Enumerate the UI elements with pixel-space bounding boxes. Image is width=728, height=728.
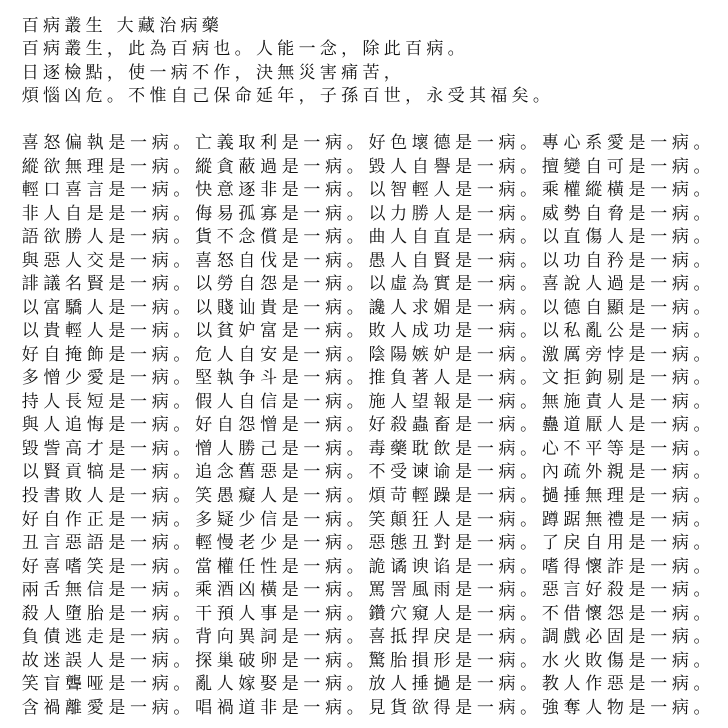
disease-row: 喜怒偏執是一病。 亡義取利是一病。 好色壞德是一病。 專心系愛是一病。: [22, 132, 716, 156]
disease-entry: 干預人事是一病。: [195, 603, 368, 627]
disease-row: 以富驕人是一病。 以賤讪貴是一病。 讒人求媚是一病。 以德自顯是一病。: [22, 297, 716, 321]
disease-entry: 以貴輕人是一病。: [22, 320, 195, 344]
disease-row: 誹議名賢是一病。 以勞自怨是一病。 以虛為實是一病。 喜說人過是一病。: [22, 273, 716, 297]
document-header: 百病叢生 大藏治病藥 百病叢生，此為百病也。人能一念，除此百病。 日逐檢點，使一…: [22, 15, 555, 108]
disease-entry: 蹲踞無禮是一病。: [542, 509, 715, 533]
disease-entry: 快意逐非是一病。: [195, 179, 368, 203]
disease-row: 非人自是是一病。 侮易孤寡是一病。 以力勝人是一病。 威勢自脅是一病。: [22, 203, 716, 227]
disease-entry: 撾捶無理是一病。: [542, 485, 715, 509]
disease-entry: 好色壞德是一病。: [368, 132, 541, 156]
disease-entry: 堅執争斗是一病。: [195, 367, 368, 391]
disease-entry: 放人捶撾是一病。: [368, 673, 541, 697]
disease-entry: 當權任性是一病。: [195, 556, 368, 580]
disease-entry: 專心系愛是一病。: [542, 132, 715, 156]
disease-entry: 水火敗傷是一病。: [542, 650, 715, 674]
disease-entry: 背向異詞是一病。: [195, 626, 368, 650]
disease-entry: 鑽穴窺人是一病。: [368, 603, 541, 627]
disease-entry: 與人追悔是一病。: [22, 414, 195, 438]
disease-entry: 喜怒自伐是一病。: [195, 250, 368, 274]
disease-entry: 丑言惡語是一病。: [22, 532, 195, 556]
disease-entry: 擅變自可是一病。: [542, 156, 715, 180]
disease-entry: 敗人成功是一病。: [368, 320, 541, 344]
disease-row: 好喜嗜笑是一病。 當權任性是一病。 詭谲谀谄是一病。 嗜得懷詐是一病。: [22, 556, 716, 580]
disease-entry: 以力勝人是一病。: [368, 203, 541, 227]
disease-entry: 好自怨憎是一病。: [195, 414, 368, 438]
intro-line: 百病叢生，此為百病也。人能一念，除此百病。: [22, 38, 555, 61]
disease-entry: 乘權縱橫是一病。: [542, 179, 715, 203]
disease-entry: 以虛為實是一病。: [368, 273, 541, 297]
disease-entry: 侮易孤寡是一病。: [195, 203, 368, 227]
disease-entry: 輕口喜言是一病。: [22, 179, 195, 203]
disease-entry: 文拒鉤剔是一病。: [542, 367, 715, 391]
disease-entry: 危人自安是一病。: [195, 344, 368, 368]
disease-entry: 詭谲谀谄是一病。: [368, 556, 541, 580]
disease-entry: 內疏外親是一病。: [542, 461, 715, 485]
disease-row: 殺人墮胎是一病。 干預人事是一病。 鑽穴窺人是一病。 不借懷怨是一病。: [22, 603, 716, 627]
disease-entry: 好自掩飾是一病。: [22, 344, 195, 368]
disease-row: 輕口喜言是一病。 快意逐非是一病。 以智輕人是一病。 乘權縱橫是一病。: [22, 179, 716, 203]
disease-entry: 驚胎損形是一病。: [368, 650, 541, 674]
disease-entry: 喜說人過是一病。: [542, 273, 715, 297]
intro-line: 煩惱凶危。不惟自己保命延年，子孫百世，永受其福矣。: [22, 85, 555, 108]
disease-entry: 激厲旁悖是一病。: [542, 344, 715, 368]
disease-entry: 毒藥耽飲是一病。: [368, 438, 541, 462]
disease-entry: 煩苛輕躁是一病。: [368, 485, 541, 509]
disease-entry: 罵詈風雨是一病。: [368, 579, 541, 603]
disease-entry: 以貧妒富是一病。: [195, 320, 368, 344]
disease-entry: 假人自信是一病。: [195, 391, 368, 415]
disease-row: 笑盲聾哑是一病。 亂人嫁娶是一病。 放人捶撾是一病。 教人作惡是一病。: [22, 673, 716, 697]
disease-row: 以賢貢犒是一病。 追念舊惡是一病。 不受谏谕是一病。 內疏外親是一病。: [22, 461, 716, 485]
disease-entry: 以富驕人是一病。: [22, 297, 195, 321]
disease-entry: 唱禍道非是一病。: [195, 697, 368, 721]
disease-entry: 以勞自怨是一病。: [195, 273, 368, 297]
disease-entry: 惡態丑對是一病。: [368, 532, 541, 556]
disease-row: 縱欲無理是一病。 縱貪蔽過是一病。 毀人自譽是一病。 擅變自可是一病。: [22, 156, 716, 180]
disease-entry: 強奪人物是一病。: [542, 697, 715, 721]
disease-entry: 與惡人交是一病。: [22, 250, 195, 274]
disease-entry: 兩舌無信是一病。: [22, 579, 195, 603]
disease-entry: 陰陽嫉妒是一病。: [368, 344, 541, 368]
disease-entry: 含禍離愛是一病。: [22, 697, 195, 721]
disease-entry: 語欲勝人是一病。: [22, 226, 195, 250]
disease-entry: 嗜得懷詐是一病。: [542, 556, 715, 580]
disease-entry: 教人作惡是一病。: [542, 673, 715, 697]
disease-entry: 多憎少愛是一病。: [22, 367, 195, 391]
disease-row: 語欲勝人是一病。 貨不念償是一病。 曲人自直是一病。 以直傷人是一病。: [22, 226, 716, 250]
disease-entry: 追念舊惡是一病。: [195, 461, 368, 485]
disease-entry: 以賢貢犒是一病。: [22, 461, 195, 485]
disease-entry: 殺人墮胎是一病。: [22, 603, 195, 627]
document-title: 百病叢生 大藏治病藥: [22, 15, 555, 38]
disease-entry: 多疑少信是一病。: [195, 509, 368, 533]
disease-entry: 好喜嗜笑是一病。: [22, 556, 195, 580]
disease-entry: 貨不念償是一病。: [195, 226, 368, 250]
disease-row: 毀訾高才是一病。 憎人勝己是一病。 毒藥耽飲是一病。 心不平等是一病。: [22, 438, 716, 462]
disease-entry: 笑盲聾哑是一病。: [22, 673, 195, 697]
disease-entry: 亂人嫁娶是一病。: [195, 673, 368, 697]
disease-entry: 笑顛狂人是一病。: [368, 509, 541, 533]
disease-row: 負債逃走是一病。 背向異詞是一病。 喜抵捍戾是一病。 調戲必固是一病。: [22, 626, 716, 650]
disease-entry: 推負著人是一病。: [368, 367, 541, 391]
disease-row: 兩舌無信是一病。 乘酒凶橫是一病。 罵詈風雨是一病。 惡言好殺是一病。: [22, 579, 716, 603]
disease-entry: 以直傷人是一病。: [542, 226, 715, 250]
disease-entry: 無施責人是一病。: [542, 391, 715, 415]
disease-row: 持人長短是一病。 假人自信是一病。 施人望報是一病。 無施責人是一病。: [22, 391, 716, 415]
disease-entry: 讒人求媚是一病。: [368, 297, 541, 321]
disease-entry: 故迷誤人是一病。: [22, 650, 195, 674]
disease-entry: 不借懷怨是一病。: [542, 603, 715, 627]
disease-entry: 以智輕人是一病。: [368, 179, 541, 203]
disease-entry: 曲人自直是一病。: [368, 226, 541, 250]
disease-entry: 縱欲無理是一病。: [22, 156, 195, 180]
disease-entry: 以私亂公是一病。: [542, 320, 715, 344]
document-page: 百病叢生 大藏治病藥 百病叢生，此為百病也。人能一念，除此百病。 日逐檢點，使一…: [0, 0, 728, 728]
disease-entry: 見貨欲得是一病。: [368, 697, 541, 721]
disease-entry: 乘酒凶橫是一病。: [195, 579, 368, 603]
disease-row: 故迷誤人是一病。 探巢破卵是一病。 驚胎損形是一病。 水火敗傷是一病。: [22, 650, 716, 674]
intro-line: 日逐檢點，使一病不作，決無災害痛苦，: [22, 62, 555, 85]
disease-entry: 愚人自賢是一病。: [368, 250, 541, 274]
disease-entry: 探巢破卵是一病。: [195, 650, 368, 674]
disease-entry: 非人自是是一病。: [22, 203, 195, 227]
disease-row: 好自掩飾是一病。 危人自安是一病。 陰陽嫉妒是一病。 激厲旁悖是一病。: [22, 344, 716, 368]
disease-entry: 好殺蟲畜是一病。: [368, 414, 541, 438]
disease-entry: 輕慢老少是一病。: [195, 532, 368, 556]
disease-entry: 不受谏谕是一病。: [368, 461, 541, 485]
disease-entry: 好自作正是一病。: [22, 509, 195, 533]
disease-row: 丑言惡語是一病。 輕慢老少是一病。 惡態丑對是一病。 了戾自用是一病。: [22, 532, 716, 556]
disease-list: 喜怒偏執是一病。 亡義取利是一病。 好色壞德是一病。 專心系愛是一病。 縱欲無理…: [22, 132, 716, 720]
disease-row: 與惡人交是一病。 喜怒自伐是一病。 愚人自賢是一病。 以功自矜是一病。: [22, 250, 716, 274]
disease-row: 含禍離愛是一病。 唱禍道非是一病。 見貨欲得是一病。 強奪人物是一病。: [22, 697, 716, 721]
disease-row: 投書敗人是一病。 笑愚癡人是一病。 煩苛輕躁是一病。 撾捶無理是一病。: [22, 485, 716, 509]
disease-row: 好自作正是一病。 多疑少信是一病。 笑顛狂人是一病。 蹲踞無禮是一病。: [22, 509, 716, 533]
disease-row: 以貴輕人是一病。 以貧妒富是一病。 敗人成功是一病。 以私亂公是一病。: [22, 320, 716, 344]
disease-entry: 憎人勝己是一病。: [195, 438, 368, 462]
disease-entry: 誹議名賢是一病。: [22, 273, 195, 297]
disease-entry: 喜怒偏執是一病。: [22, 132, 195, 156]
disease-row: 與人追悔是一病。 好自怨憎是一病。 好殺蟲畜是一病。 蠱道厭人是一病。: [22, 414, 716, 438]
disease-entry: 調戲必固是一病。: [542, 626, 715, 650]
disease-entry: 毀人自譽是一病。: [368, 156, 541, 180]
disease-entry: 投書敗人是一病。: [22, 485, 195, 509]
disease-entry: 喜抵捍戾是一病。: [368, 626, 541, 650]
disease-entry: 縱貪蔽過是一病。: [195, 156, 368, 180]
disease-entry: 心不平等是一病。: [542, 438, 715, 462]
disease-entry: 毀訾高才是一病。: [22, 438, 195, 462]
disease-entry: 持人長短是一病。: [22, 391, 195, 415]
disease-entry: 以賤讪貴是一病。: [195, 297, 368, 321]
disease-entry: 亡義取利是一病。: [195, 132, 368, 156]
disease-entry: 負債逃走是一病。: [22, 626, 195, 650]
disease-entry: 威勢自脅是一病。: [542, 203, 715, 227]
disease-entry: 笑愚癡人是一病。: [195, 485, 368, 509]
disease-entry: 了戾自用是一病。: [542, 532, 715, 556]
disease-entry: 以德自顯是一病。: [542, 297, 715, 321]
disease-entry: 施人望報是一病。: [368, 391, 541, 415]
disease-entry: 蠱道厭人是一病。: [542, 414, 715, 438]
disease-entry: 以功自矜是一病。: [542, 250, 715, 274]
disease-row: 多憎少愛是一病。 堅執争斗是一病。 推負著人是一病。 文拒鉤剔是一病。: [22, 367, 716, 391]
disease-entry: 惡言好殺是一病。: [542, 579, 715, 603]
